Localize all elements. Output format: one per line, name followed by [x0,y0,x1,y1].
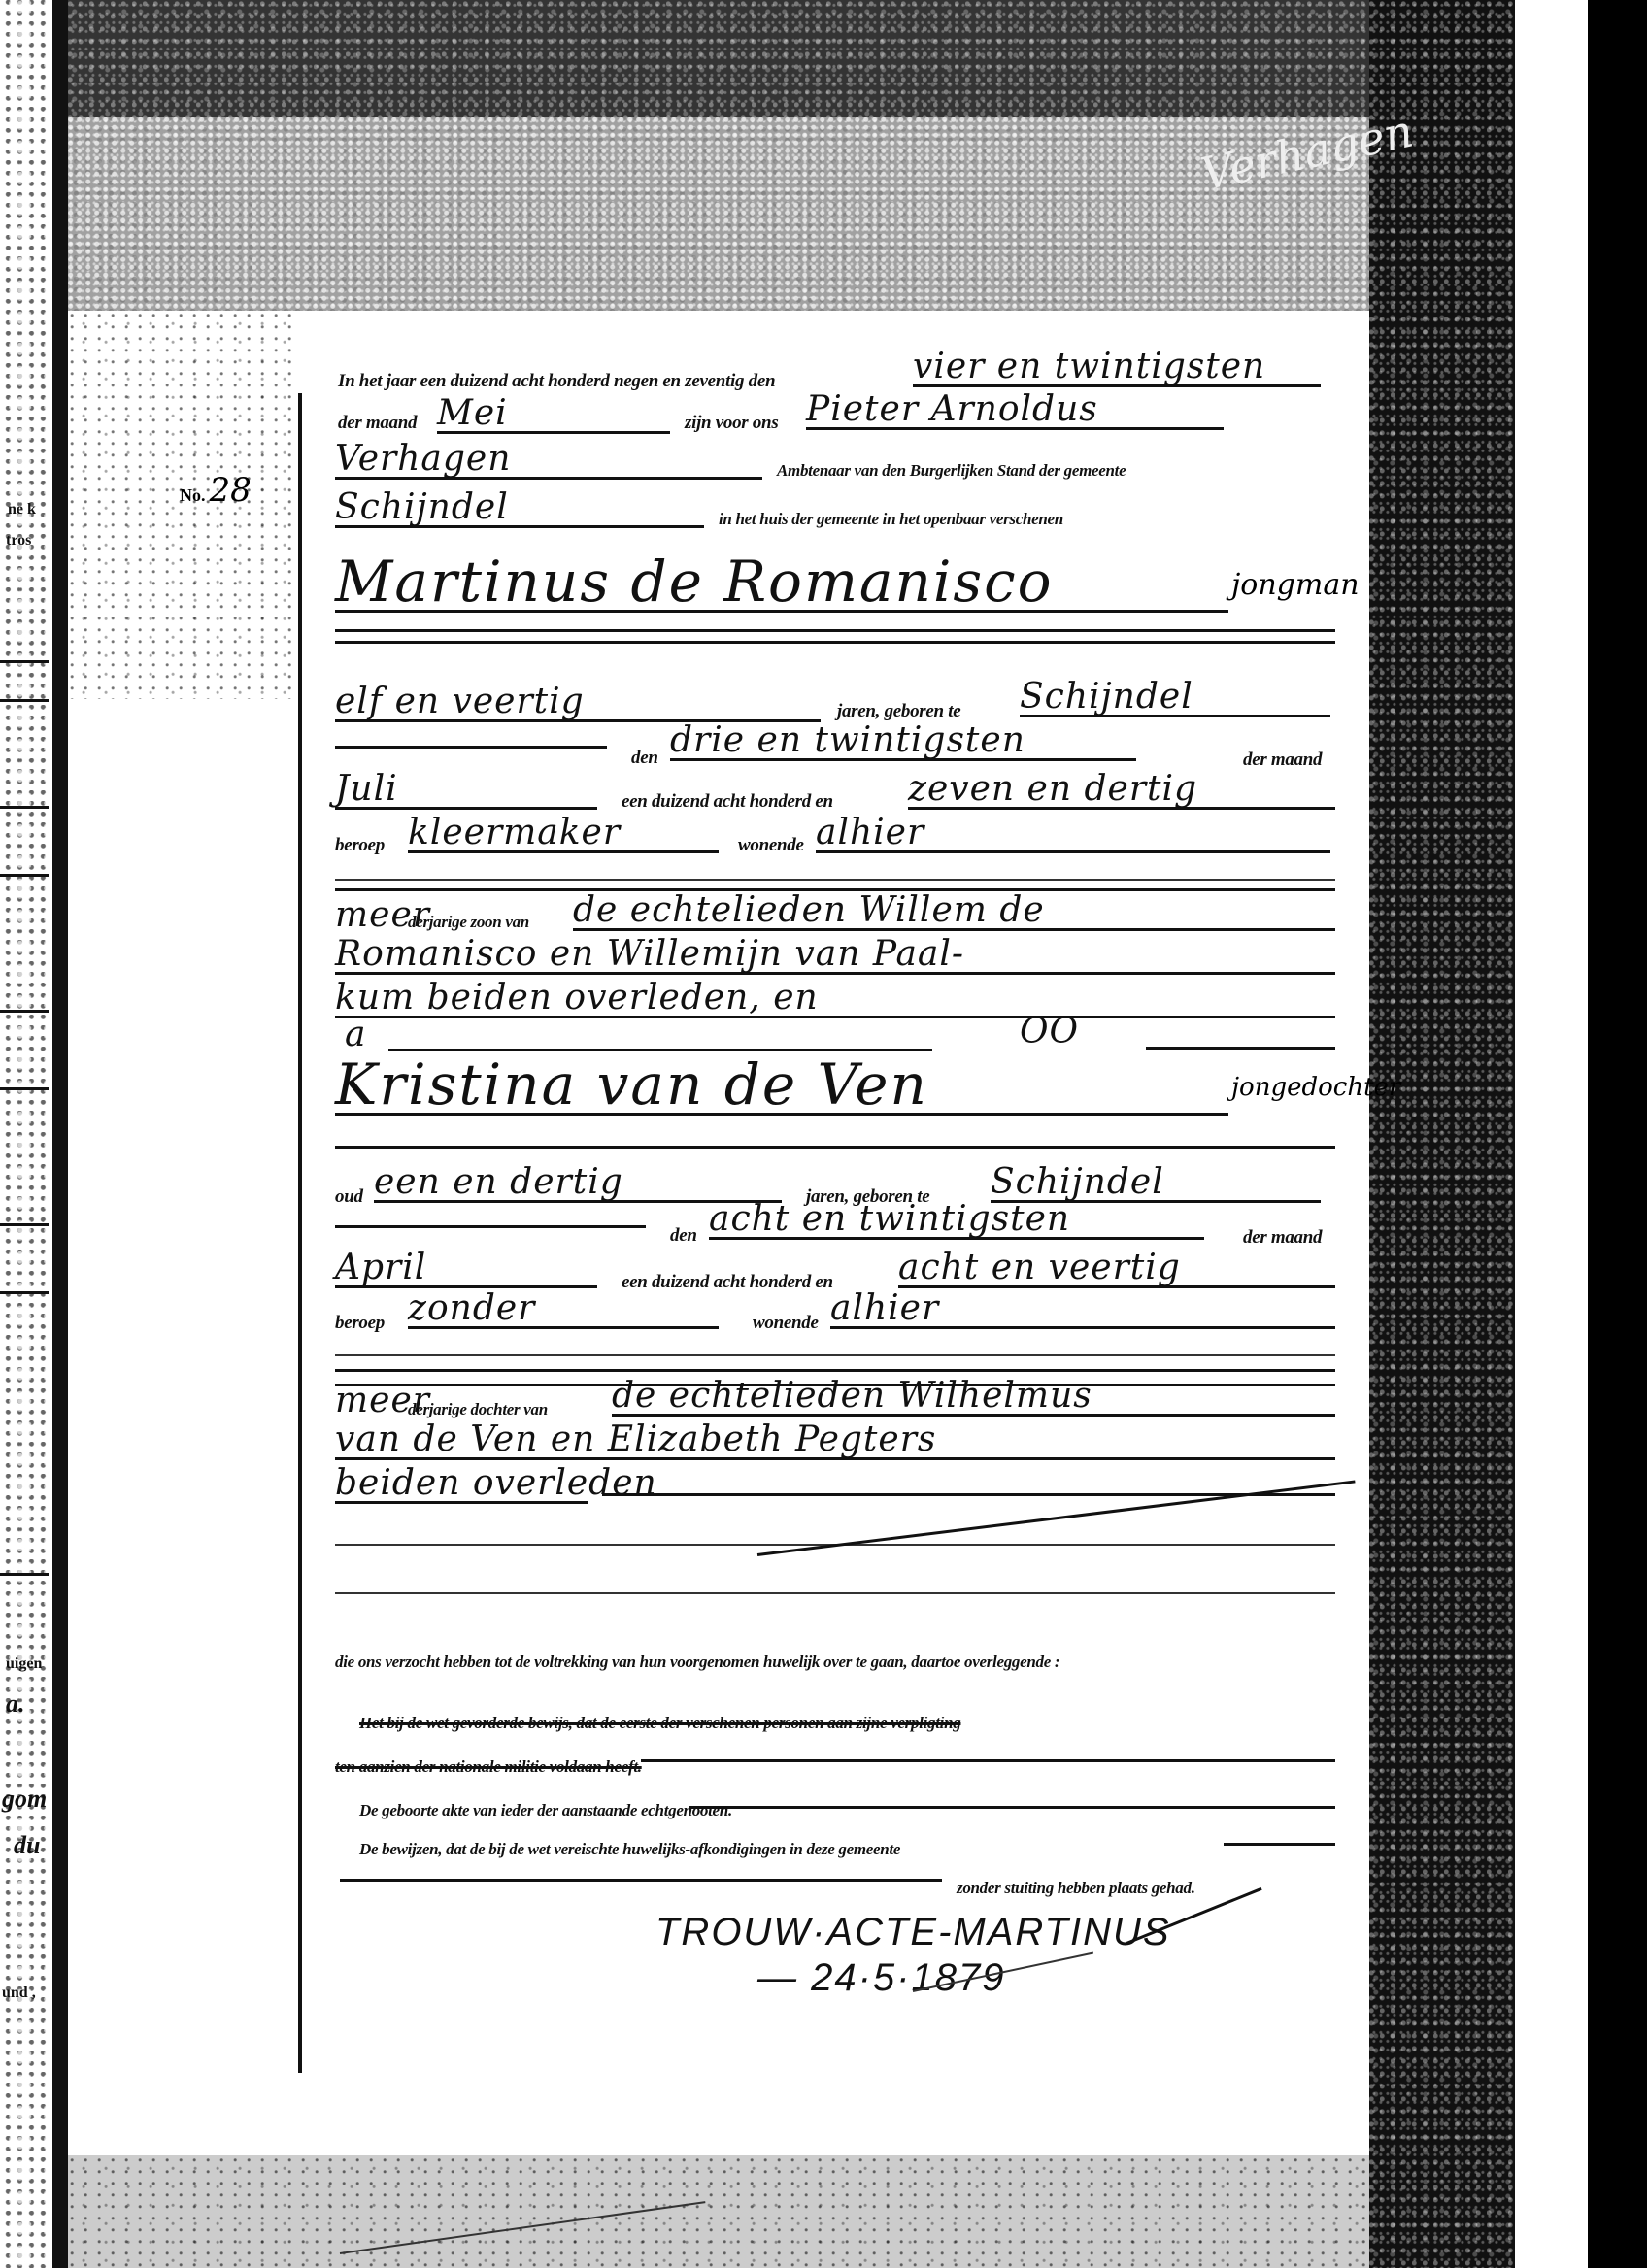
header-municipality: Schijndel [335,490,704,528]
scan-bottom-noise [68,2155,1369,2268]
bride-day-printed: den [670,1225,697,1247]
groom-age-printed: jaren, geboren te [837,701,960,722]
groom-year: zeven en dertig [908,772,1335,810]
groom-age: elf en veertig [335,684,821,722]
annotation-title: TROUW·ACTE-MARTINUS [655,1911,1171,1954]
bride-year: acht en veertig [898,1251,1335,1288]
scan-top-fade [68,117,1389,311]
scan-right-white-gap [1515,0,1588,2268]
header-line1-printed: In het jaar een duizend acht honderd neg… [338,371,775,392]
closing-line4: De geboorte akte van ieder der aanstaand… [359,1801,732,1820]
act-number: No. 28 [180,471,252,510]
bride-mark: OO [1020,1015,1079,1050]
bride-occupation: zonder [408,1291,719,1329]
bride-name: Kristina van de Ven [335,1056,1228,1116]
header-official-name: Pieter Arnoldus [806,392,1224,430]
closing-line5: De bewijzen, dat de bij de wet vereischt… [359,1840,900,1859]
header-verschenen: in het huis der gemeente in het openbaar… [719,510,1063,529]
closing-line1: die ons verzocht hebben tot de voltrekki… [335,1652,1059,1672]
bride-residence: alhier [830,1291,1335,1329]
margin-fragment: a. [6,1689,25,1718]
left-page-strip [0,0,50,2268]
act-number-label: No. [180,485,206,505]
margin-fragment: uigen [6,1655,42,1673]
groom-residence-printed: wonende [738,835,804,856]
groom-day: drie en twintigsten [670,723,1136,761]
groom-name: Martinus de Romanisco [335,553,1228,613]
margin-fragment: gom [2,1784,47,1814]
scan-right-edge [1369,0,1515,2268]
bride-parents-line2: van de Ven en Elizabeth Pegters [335,1422,1335,1460]
bride-year-printed: een duizend acht honderd en [622,1272,833,1293]
bride-parents-printed: derjarige dochter van [408,1400,548,1419]
groom-occupation: kleermaker [408,816,719,853]
groom-month: Juli [335,772,597,810]
header-month-printed: der maand [338,413,417,434]
groom-status: jongman [1231,568,1360,602]
bride-age: een en dertig [374,1165,782,1203]
groom-parents-printed: derjarige zoon van [408,913,529,932]
bride-age-prefix: oud [335,1186,363,1208]
bride-residence-printed: wonende [753,1313,819,1334]
bride-parents-line3: beiden overleden [335,1466,588,1504]
bride-birthplace: Schijndel [991,1165,1321,1203]
act-number-value: 28 [210,471,252,510]
scan-top-shadow [68,0,1408,117]
groom-day-printed: den [631,748,658,769]
bride-parents-line1: de echtelieden Wilhelmus [612,1379,1335,1417]
bride-month: April [335,1251,597,1288]
header-zijn-voor-ons: zijn voor ons [685,413,778,434]
scan-right-black-border [1588,0,1647,2268]
header-day-hand: vier en twintigsten [913,350,1321,387]
groom-occupation-printed: beroep [335,835,385,856]
groom-year-printed: een duizend acht honderd en [622,791,833,813]
groom-parents-line1: de echtelieden Willem de [573,893,1335,931]
left-page-binding-line [52,0,68,2268]
header-ambtenaar: Ambtenaar van den Burgerlijken Stand der… [777,461,1126,481]
closing-line3-struck: ten aanzien der nationale militie voldaa… [335,1757,642,1777]
bride-occupation-printed: beroep [335,1313,385,1334]
groom-parents-line2: Romanisco en Willemijn van Paal- [335,937,1335,975]
margin-divider [298,393,302,2073]
margin-fragment: du [14,1831,40,1860]
bride-month-printed: der maand [1243,1227,1322,1249]
groom-month-printed: der maand [1243,750,1322,771]
groom-birthplace: Schijndel [1020,680,1330,717]
bride-day: acht en twintigsten [709,1202,1204,1240]
header-official-surname: Verhagen [335,442,762,480]
groom-residence: alhier [816,816,1330,853]
margin-fragment: ne k [8,501,36,518]
bride-prefix: a [345,1017,366,1052]
margin-fragment: tros [6,532,31,550]
margin-fragment: und , [2,1984,36,2002]
closing-line6: zonder stuiting hebben plaats gehad. [957,1879,1195,1898]
header-month-hand: Mei [437,396,670,434]
bride-status: jongedochter [1231,1073,1400,1102]
closing-line2-struck: Het bij de wet gevorderde bewijs, dat de… [359,1714,960,1733]
groom-parents-line3: kum beiden overleden, en [335,981,1335,1018]
